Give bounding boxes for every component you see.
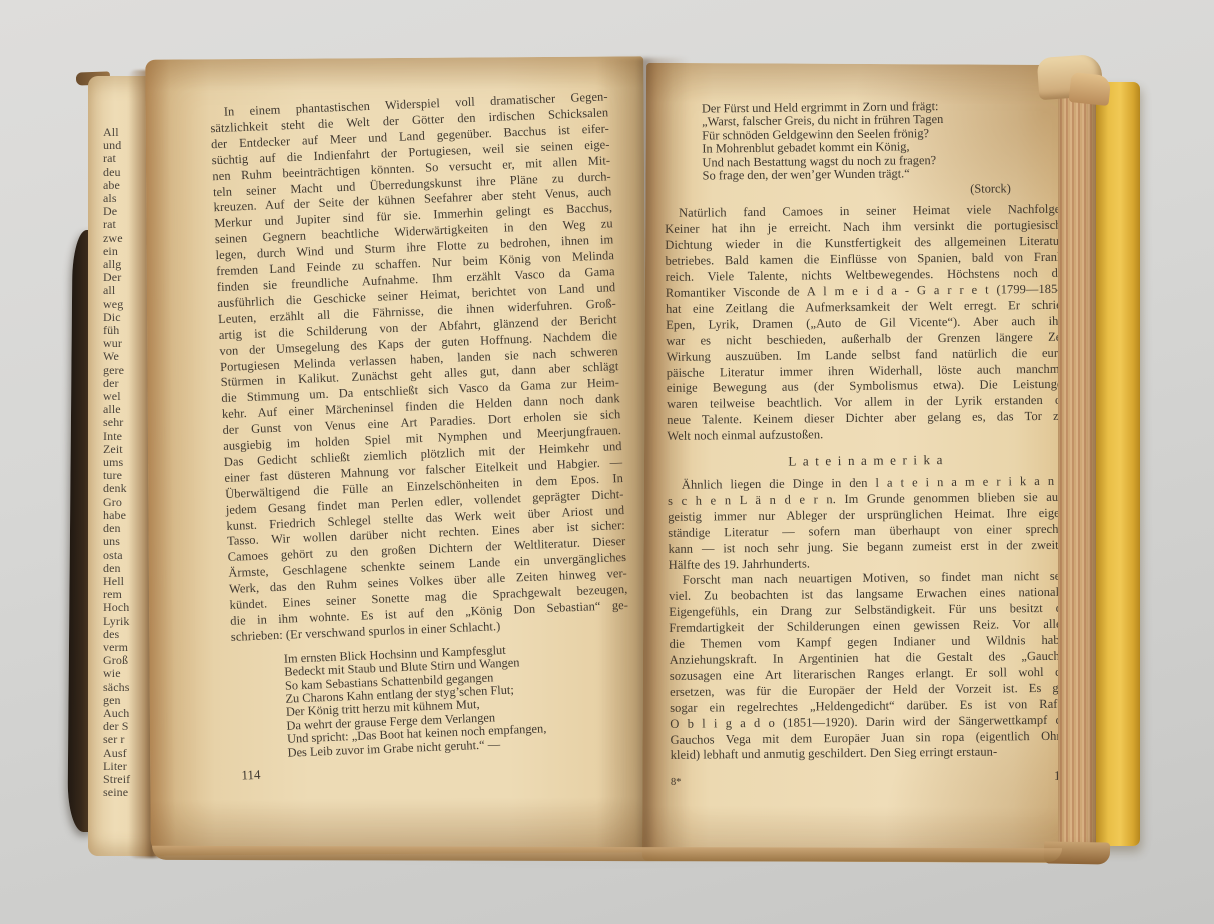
- right-page-paragraph-3: Forscht man nach neuartigen Motiven, so …: [669, 569, 1073, 764]
- right-page-text: Der Fürst und Held ergrimmt in Zorn und …: [664, 99, 1073, 789]
- section-heading: Lateinamerika: [668, 450, 1070, 471]
- sonnet-sestet: Der Fürst und Held ergrimmt in Zorn und …: [664, 99, 1067, 184]
- sonnet-octave: Im ernsten Blick Hochsinn und Kampfesglu…: [232, 639, 634, 762]
- right-page-footer: 8* 115: [671, 768, 1073, 788]
- left-page-text: In einem phantastischen Widerspiel voll …: [210, 89, 635, 783]
- dust-jacket-edge: [1096, 82, 1140, 846]
- text-line: kleid) lebhaft und anmutig geschildert. …: [671, 744, 1073, 764]
- left-page: In einem phantastischen Widerspiel voll …: [145, 56, 649, 855]
- right-page: Der Fürst und Held ergrimmt in Zorn und …: [642, 63, 1098, 863]
- left-page-paragraph: In einem phantastischen Widerspiel voll …: [210, 89, 629, 645]
- right-page-paragraph-2: Ähnlich liegen die Dinge in den l a t e …: [668, 474, 1071, 574]
- page-fore-edge: [1058, 74, 1098, 854]
- gutter-shadow: [598, 58, 690, 858]
- poem-line: So frage den, der wen’ger Wunden trägt.“: [703, 166, 1067, 183]
- right-page-paragraph-1: Natürlich fand Camoes in seiner Heimat v…: [665, 202, 1069, 445]
- page-curl: [1069, 72, 1112, 106]
- book-photo: AllundratdeuabealsDeratzweeinallgDerallw…: [0, 0, 1214, 924]
- text-line: Welt noch einmal aufzustoßen.: [667, 425, 1069, 445]
- poem-attribution: (Storck): [665, 181, 1067, 199]
- bottom-page-edge: [152, 846, 1062, 862]
